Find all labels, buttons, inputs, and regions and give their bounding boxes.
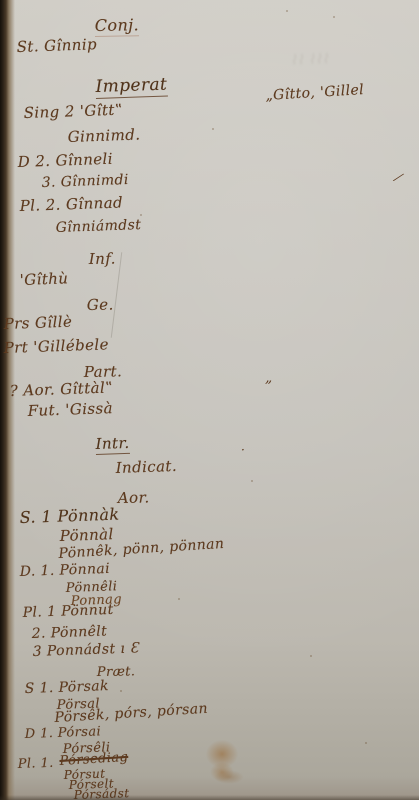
ink-mark-ditto: „ xyxy=(265,370,272,386)
line-fut-gissa: Fut. 'Gissà xyxy=(27,399,113,420)
paper-speck xyxy=(286,10,288,12)
heading-imperat: Imperat xyxy=(95,75,167,99)
line-s1-porsak: S 1. Pörsak xyxy=(24,678,109,697)
line-st-ginnip: St. Gînnip xyxy=(16,35,97,56)
line-pl1-prefix: Pl. 1. xyxy=(17,756,53,772)
heading-indicat: Indicat. xyxy=(115,457,177,477)
heading-aor: Aor. xyxy=(118,488,150,507)
line-pl2-ginnad: Pl. 2. Gînnad xyxy=(19,193,123,215)
heading-intr: Intr. xyxy=(95,434,130,455)
line-3-ginnimdi: 3. Gînnimdi xyxy=(41,172,129,191)
line-ginniamdst: Gînniámdst xyxy=(55,217,141,236)
ink-mark-right: ⁄ xyxy=(395,171,402,186)
heading-inf: Inf. xyxy=(89,250,116,268)
paper-speck xyxy=(212,128,214,130)
line-prs-gille: Prs Gîllè xyxy=(3,313,72,333)
line-d1-ponnai: D. 1. Pönnai xyxy=(19,561,110,580)
line-ponnal: Pönnàl xyxy=(59,525,114,545)
line-3-ponnadst: 3 Ponnádst ı Ɛ xyxy=(32,640,139,660)
line-2-ponnelt: 2. Pönnêlt xyxy=(31,623,107,642)
ink-mark-dot: · xyxy=(241,443,245,457)
paper-speck xyxy=(140,214,142,216)
annotation-gitto-gillel: „Gîtto, 'Gillel xyxy=(265,82,365,104)
page-edge-bottom xyxy=(0,795,419,800)
heading-conj: Conj. xyxy=(95,15,140,37)
line-d1-porsai: D 1. Pórsai xyxy=(24,724,101,742)
heading-ger: Ge. xyxy=(87,296,114,314)
line-s1-ponnak: S. 1 Pönnàk xyxy=(19,505,119,527)
line-prt-gillebele: Prt 'Gillébele xyxy=(3,335,109,357)
line-aor-gittal: ? Aor. Gîttàl‟ xyxy=(9,378,113,400)
manuscript-page-photo: Conj. St. Gînnip Imperat „Gîtto, 'Gillel… xyxy=(0,0,419,800)
line-ginnimd: Ginnimd. xyxy=(67,125,140,146)
paper-speck xyxy=(365,742,367,744)
ink-stain-small xyxy=(214,770,244,784)
paper-speck xyxy=(178,598,180,600)
paper-speck xyxy=(120,690,122,692)
line-githu: 'Gîthù xyxy=(19,269,68,289)
line-sing2-gitt: Sing 2 'Gîtt‟ xyxy=(23,101,123,122)
paper-speck xyxy=(310,655,312,657)
line-pl1-ponnut: Pl. 1 Pönnut xyxy=(22,602,113,621)
line-d2-ginneli: D 2. Gînneli xyxy=(17,150,113,171)
paper-speck xyxy=(333,16,335,18)
page-edge-left xyxy=(0,0,15,800)
reverse-side-bleedthrough: ⌇⌇ ⌇⌇⌇ xyxy=(290,51,329,68)
paper-speck xyxy=(251,480,253,482)
